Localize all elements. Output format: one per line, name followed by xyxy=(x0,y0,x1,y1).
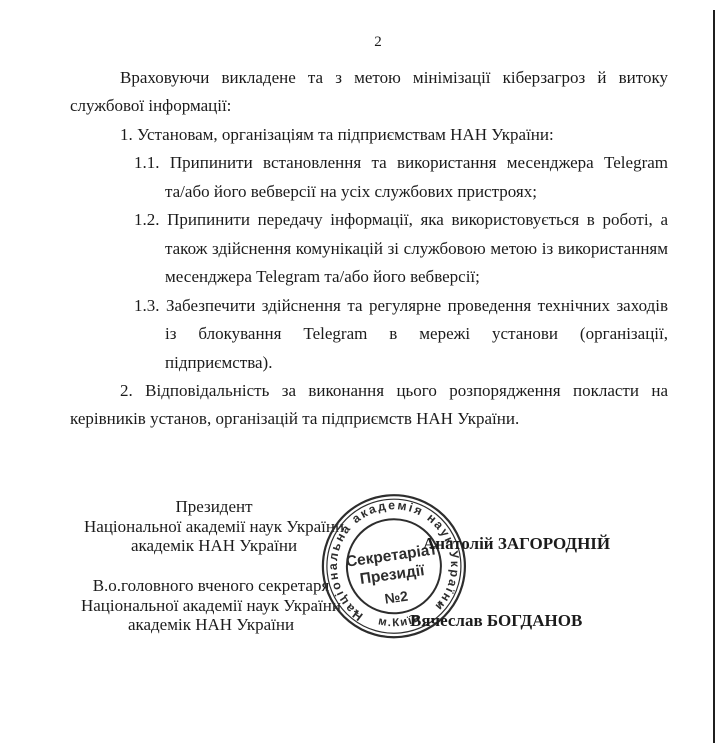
body-line: керівників установ, організацій та підпр… xyxy=(70,405,668,433)
signature-title-line: академік НАН України xyxy=(84,536,344,556)
document-body: Враховуючи викладене та з метою мініміза… xyxy=(70,64,668,434)
page-number: 2 xyxy=(352,34,404,51)
body-line: 1. Установам, організаціям та підприємст… xyxy=(70,121,668,149)
body-line: 1.2. Припинити передачу інформації, яка … xyxy=(70,206,668,234)
body-line: із блокування Telegram в мережі установи… xyxy=(70,320,668,348)
signature-title-line: Національної академії наук України xyxy=(78,596,344,616)
signature-title-line: В.о.головного вченого секретаря xyxy=(78,576,344,596)
signature-title-secretary: В.о.головного вченого секретаряНаціональ… xyxy=(78,576,344,635)
body-line: Враховуючи викладене та з метою мініміза… xyxy=(70,64,668,92)
signature-name-zagorodnii: Анатолій ЗАГОРОДНІЙ xyxy=(423,534,610,554)
page-edge-line xyxy=(713,10,715,743)
body-line: підприємства). xyxy=(70,349,668,377)
body-line: та/або його вебверсії на усіх службових … xyxy=(70,178,668,206)
signature-title-line: Президент xyxy=(84,497,344,517)
body-line: 1.3. Забезпечити здійснення та регулярне… xyxy=(70,292,668,320)
signature-name-bogdanov: Вячеслав БОГДАНОВ xyxy=(410,611,582,631)
signature-title-president: ПрезидентНаціональної академії наук Укра… xyxy=(84,497,344,556)
stamp-number: №2 xyxy=(384,588,410,607)
body-line: 2. Відповідальність за виконання цього р… xyxy=(70,377,668,405)
signature-title-line: Національної академії наук України xyxy=(84,517,344,537)
body-line: також здійснення комунікацій зі службово… xyxy=(70,235,668,263)
document-page: { "page": { "number": "2", "ink_color": … xyxy=(0,0,721,743)
signature-title-line: академік НАН України xyxy=(78,615,344,635)
body-line: 1.1. Припинити встановлення та використа… xyxy=(70,149,668,177)
body-line: службової інформації: xyxy=(70,92,668,120)
body-line: месенджера Telegram та/або його вебверсі… xyxy=(70,263,668,291)
